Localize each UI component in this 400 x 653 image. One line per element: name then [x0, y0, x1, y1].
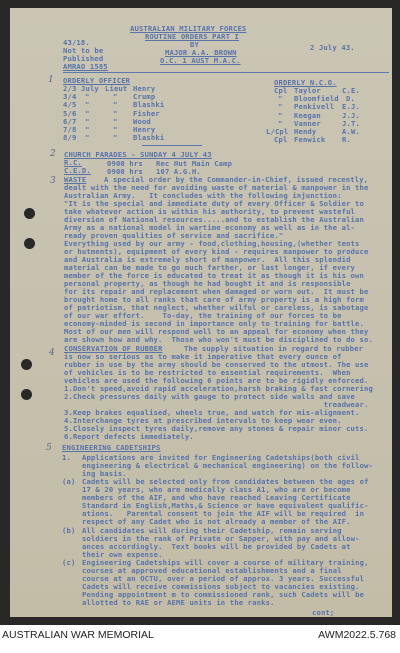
header-divider — [63, 72, 389, 73]
archive-credit: AUSTRALIAN WAR MEMORIAL — [2, 629, 154, 641]
section-divider — [142, 145, 202, 146]
margin-number-5: 5 — [46, 443, 52, 453]
accession-number: AWM2022.5.768 — [318, 629, 396, 641]
continued-note: cont; — [312, 609, 334, 617]
punch-hole — [24, 208, 35, 219]
margin-number-2: 2 — [50, 149, 56, 159]
title-line-5: O.C. 1 AUST M.A.C. — [160, 57, 241, 65]
amrao-ref: AMRAO 1585 — [63, 63, 108, 71]
item-number: 1. — [62, 454, 71, 462]
punch-hole — [24, 238, 35, 249]
church-heading: CHURCH PARADES - SUNDAY 4 JULY 43 — [64, 151, 212, 159]
order-date: 2 July 43. — [310, 44, 355, 52]
engineering-heading: ENGINEERING CADETSHIPS — [62, 444, 161, 452]
margin-number-3: 3 — [50, 176, 56, 186]
margin-number-4: 4 — [49, 348, 55, 358]
document-page: 43/18. Not to be Published AMRAO 1585 AU… — [10, 8, 392, 617]
punch-hole — [21, 389, 32, 400]
punch-hole — [21, 359, 32, 370]
margin-number-1: 1 — [48, 75, 54, 85]
